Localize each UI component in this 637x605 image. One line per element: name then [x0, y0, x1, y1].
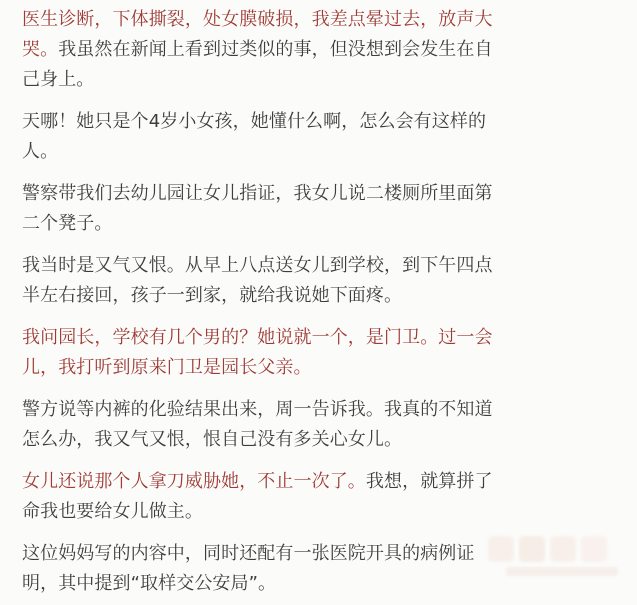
body-text: 天哪！她只是个4岁小女孩，她懂什么啊，怎么会有这样的人。 [22, 111, 486, 162]
watermark-url-line [506, 567, 618, 576]
paragraph: 我问园长，学校有几个男的？她说就一个，是门卫。过一会儿，我打听到原来门卫是园长父… [22, 323, 500, 383]
paragraph: 警察带我们去幼儿园让女儿指证，我女儿说二楼厕所里面第二个凳子。 [22, 179, 500, 239]
paragraph: 警方说等内裤的化验结果出来，周一告诉我。我真的不知道怎么办，我又气又恨，恨自己没… [22, 395, 500, 455]
body-text: 我虽然在新闻上看到过类似的事，但没想到会发生在自己身上。 [22, 39, 493, 90]
emphasized-text: 我问园长，学校有几个男的？她说就一个，是门卫。过一会儿，我打听到原来门卫是园长父… [22, 327, 493, 378]
watermark-glyphs [488, 536, 628, 562]
paragraph: 我当时是又气又恨。从早上八点送女儿到学校，到下午四点半左右接回，孩子一到家，就给… [22, 251, 500, 311]
body-text: 我当时是又气又恨。从早上八点送女儿到学校，到下午四点半左右接回，孩子一到家，就给… [22, 255, 493, 306]
body-text: 这位妈妈写的内容中，同时还配有一张医院开具的病例证明，其中提到“取样交公安局”。 [22, 543, 475, 594]
paragraph: 医生诊断，下体撕裂，处女膜破损，我差点晕过去，放声大哭。我虽然在新闻上看到过类似… [22, 5, 500, 95]
emphasized-text: 女儿还说那个人拿刀威胁她，不止一次了。 [22, 471, 366, 492]
watermark [488, 536, 628, 588]
paragraph: 天哪！她只是个4岁小女孩，她懂什么啊，怎么会有这样的人。 [22, 107, 500, 167]
body-text: 警方说等内裤的化验结果出来，周一告诉我。我真的不知道怎么办，我又气又恨，恨自己没… [22, 399, 493, 450]
article-page: 医生诊断，下体撕裂，处女膜破损，我差点晕过去，放声大哭。我虽然在新闻上看到过类似… [0, 0, 637, 605]
paragraph: 这位妈妈写的内容中，同时还配有一张医院开具的病例证明，其中提到“取样交公安局”。 [22, 539, 500, 599]
article: 医生诊断，下体撕裂，处女膜破损，我差点晕过去，放声大哭。我虽然在新闻上看到过类似… [22, 5, 500, 605]
paragraph: 女儿还说那个人拿刀威胁她，不止一次了。我想，就算拼了命我也要给女儿做主。 [22, 467, 500, 527]
body-text: 警察带我们去幼儿园让女儿指证，我女儿说二楼厕所里面第二个凳子。 [22, 183, 493, 234]
